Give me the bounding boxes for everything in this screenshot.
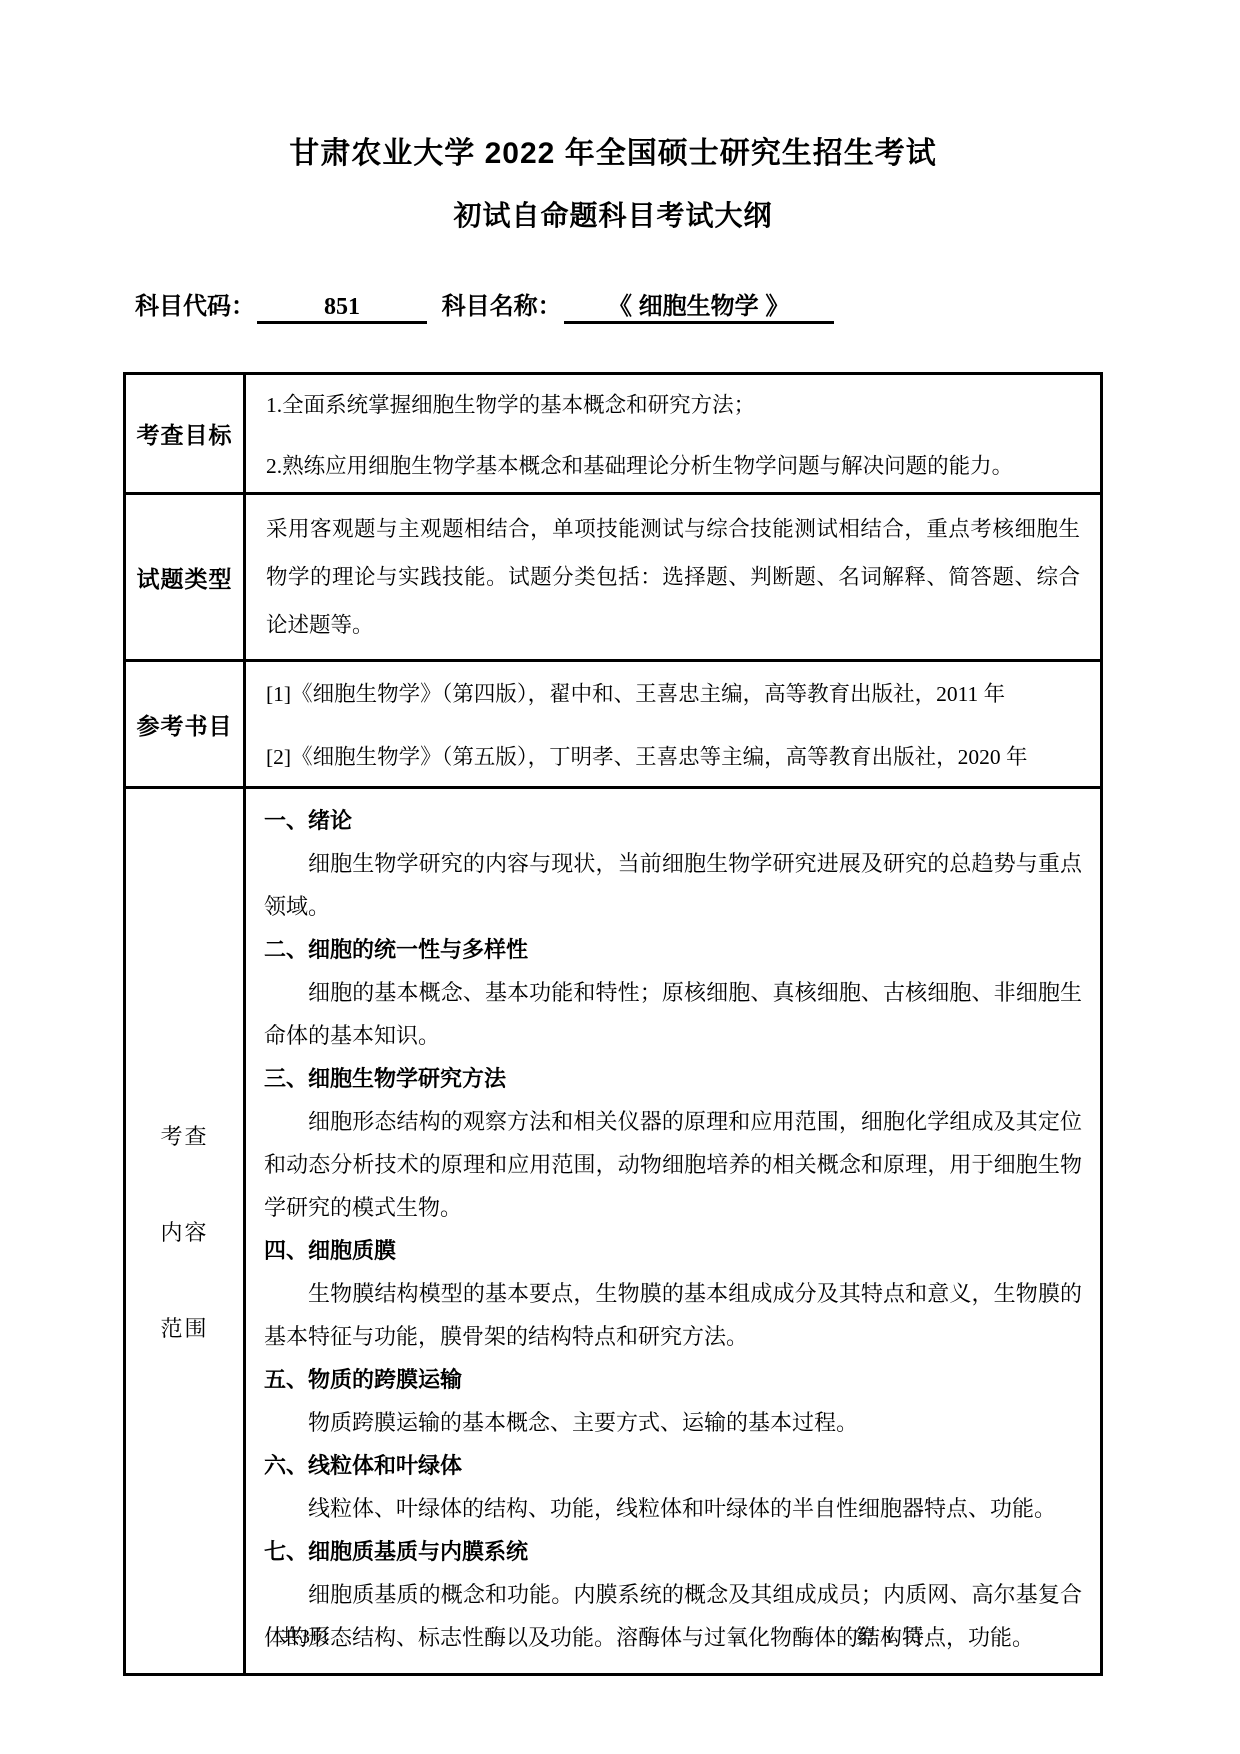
row-header-question-types: 试题类型 (125, 494, 245, 661)
document-subtitle: 初试自命题科目考试大纲 (123, 194, 1103, 234)
current-page-label: 第 1 页 (855, 1620, 925, 1649)
section-1-body: 细胞生物学研究的内容与现状，当前细胞生物学研究进展及研究的总趋势与重点领域。 (264, 842, 1082, 928)
references-cell: [1]《细胞生物学》（第四版），翟中和、王喜忠主编，高等教育出版社，2011 年… (245, 661, 1102, 788)
section-3-body: 细胞形态结构的观察方法和相关仪器的原理和应用范围，细胞化学组成及其定位和动态分析… (264, 1100, 1082, 1229)
objective-line-1: 1.全面系统掌握细胞生物学的基本概念和研究方法； (266, 388, 1080, 419)
row-scope: 考查 内容 范围 一、绪论 细胞生物学研究的内容与现状，当前细胞生物学研究进展及… (125, 788, 1102, 1675)
section-2-heading: 二、细胞的统一性与多样性 (264, 928, 1082, 971)
page-footer: 共3页 第 1 页 (123, 1620, 1103, 1650)
section-6-heading: 六、线粒体和叶绿体 (264, 1444, 1082, 1487)
row-header-references: 参考书目 (125, 661, 245, 788)
section-4-heading: 四、细胞质膜 (264, 1229, 1082, 1272)
scope-header-word-3: 范围 (160, 1312, 208, 1343)
question-types-text: 采用客观题与主观题相结合，单项技能测试与综合技能测试相结合，重点考核细胞生物学的… (266, 505, 1080, 649)
document-title: 甘肃农业大学 2022 年全国硕士研究生招生考试 (123, 128, 1103, 172)
section-5-body: 物质跨膜运输的基本概念、主要方式、运输的基本过程。 (264, 1401, 1082, 1444)
document-page: 甘肃农业大学 2022 年全国硕士研究生招生考试 初试自命题科目考试大纲 科目代… (123, 0, 1103, 1676)
section-3-heading: 三、细胞生物学研究方法 (264, 1057, 1082, 1100)
row-objectives: 考查目标 1.全面系统掌握细胞生物学的基本概念和研究方法； 2.熟练应用细胞生物… (125, 374, 1102, 494)
subject-name-value: 《 细胞生物学 》 (564, 286, 834, 324)
scope-header-stack: 考查 内容 范围 (130, 1120, 239, 1343)
row-question-types: 试题类型 采用客观题与主观题相结合，单项技能测试与综合技能测试相结合，重点考核细… (125, 494, 1102, 661)
section-2-body: 细胞的基本概念、基本功能和特性；原核细胞、真核细胞、古核细胞、非细胞生命体的基本… (264, 971, 1082, 1057)
row-references: 参考书目 [1]《细胞生物学》（第四版），翟中和、王喜忠主编，高等教育出版社，2… (125, 661, 1102, 788)
section-1-heading: 一、绪论 (264, 799, 1082, 842)
section-6-body: 线粒体、叶绿体的结构、功能，线粒体和叶绿体的半自性细胞器特点、功能。 (264, 1487, 1082, 1530)
objective-line-2: 2.熟练应用细胞生物学基本概念和基础理论分析生物学问题与解决问题的能力。 (266, 449, 1080, 480)
section-7-heading: 七、细胞质基质与内膜系统 (264, 1530, 1082, 1573)
row-header-scope: 考查 内容 范围 (125, 788, 245, 1675)
scope-cell: 一、绪论 细胞生物学研究的内容与现状，当前细胞生物学研究进展及研究的总趋势与重点… (245, 788, 1102, 1675)
subject-name-label: 科目名称： (442, 293, 562, 320)
syllabus-table: 考查目标 1.全面系统掌握细胞生物学的基本概念和研究方法； 2.熟练应用细胞生物… (123, 372, 1103, 1676)
section-5-heading: 五、物质的跨膜运输 (264, 1358, 1082, 1401)
reference-1: [1]《细胞生物学》（第四版），翟中和、王喜忠主编，高等教育出版社，2011 年 (266, 677, 1080, 708)
row-header-objectives: 考查目标 (125, 374, 245, 494)
section-4-body: 生物膜结构模型的基本要点，生物膜的基本组成成分及其特点和意义，生物膜的基本特征与… (264, 1272, 1082, 1358)
reference-2: [2]《细胞生物学》（第五版），丁明孝、王喜忠等主编，高等教育出版社，2020 … (266, 740, 1080, 771)
subject-code-label: 科目代码： (135, 293, 255, 320)
scope-header-word-2: 内容 (160, 1216, 208, 1247)
objectives-cell: 1.全面系统掌握细胞生物学的基本概念和研究方法； 2.熟练应用细胞生物学基本概念… (245, 374, 1102, 494)
scope-header-word-1: 考查 (160, 1120, 208, 1151)
subject-code-value: 851 (257, 294, 427, 324)
total-pages-label: 共3页 (280, 1620, 330, 1649)
subject-code-line: 科目代码：851 科目名称：《 细胞生物学 》 (123, 286, 1103, 324)
question-types-cell: 采用客观题与主观题相结合，单项技能测试与综合技能测试相结合，重点考核细胞生物学的… (245, 494, 1102, 661)
